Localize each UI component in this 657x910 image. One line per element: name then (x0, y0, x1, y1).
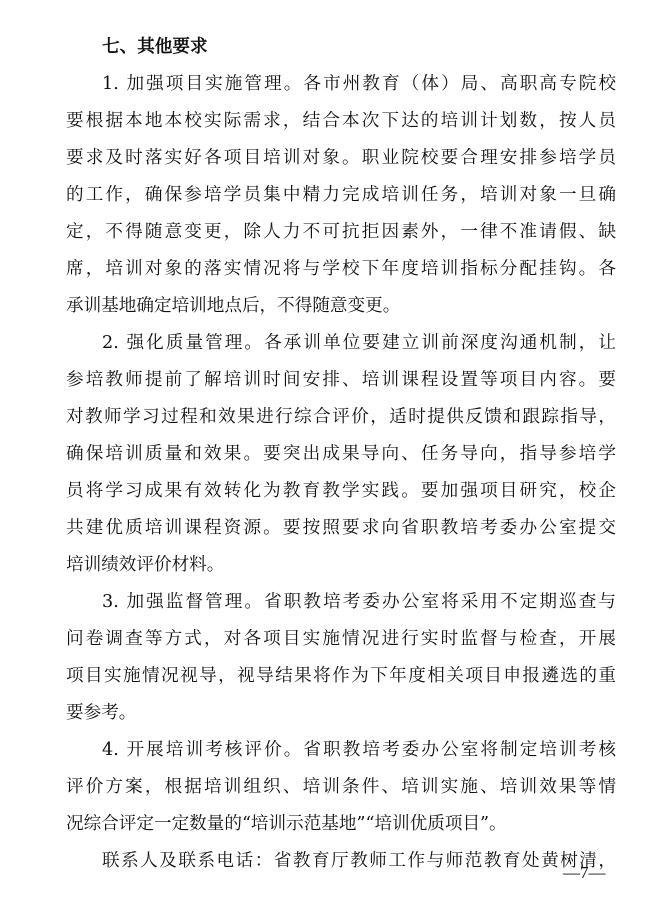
paragraph-line: 要根据本地本校实际需求，结合本次下达的培训计划数，按人员 (66, 103, 616, 140)
document-page-body: 七、其他要求 1. 加强项目实施管理。各市州教育（体）局、高职高专院校 要根据本… (66, 29, 616, 880)
paragraph-line: 联系人及联系电话：省教育厅教师工作与师范教育处黄树清， (66, 843, 616, 880)
paragraph-line: 培训绩效评价材料。 (66, 547, 616, 584)
paragraph-contact-info: 联系人及联系电话：省教育厅教师工作与师范教育处黄树清， (66, 843, 616, 880)
paragraph-line: 员将学习成果有效转化为教育教学实践。要加强项目研究，校企 (66, 473, 616, 510)
page-number: —7— (563, 860, 606, 886)
paragraph-line: 项目实施情况视导，视导结果将作为下年度相关项目申报遴选的重 (66, 658, 616, 695)
paragraph-line: 况综合评定一定数量的“培训示范基地”“培训优质项目”。 (66, 806, 616, 843)
paragraph-line: 共建优质培训课程资源。要按照要求向省职教培考委办公室提交 (66, 510, 616, 547)
paragraph-line: 1. 加强项目实施管理。各市州教育（体）局、高职高专院校 (66, 66, 616, 103)
paragraph-item-2-quality-management: 2. 强化质量管理。各承训单位要建立训前深度沟通机制，让 参培教师提前了解培训时… (66, 325, 616, 584)
paragraph-line: 3. 加强监督管理。省职教培考委办公室将采用不定期巡查与 (66, 584, 616, 621)
paragraph-line: 定，不得随意变更，除人力不可抗拒因素外，一律不准请假、缺 (66, 214, 616, 251)
paragraph-line: 对教师学习过程和效果进行综合评价，适时提供反馈和跟踪指导， (66, 399, 616, 436)
paragraph-line: 参培教师提前了解培训时间安排、培训课程设置等项目内容。要 (66, 362, 616, 399)
paragraph-line: 4. 开展培训考核评价。省职教培考委办公室将制定培训考核 (66, 732, 616, 769)
paragraph-line: 确保培训质量和效果。要突出成果导向、任务导向，指导参培学 (66, 436, 616, 473)
paragraph-line: 的工作，确保参培学员集中精力完成培训任务，培训对象一旦确 (66, 177, 616, 214)
paragraph-line: 问卷调查等方式，对各项目实施情况进行实时监督与检查，开展 (66, 621, 616, 658)
paragraph-line: 席，培训对象的落实情况将与学校下年度培训指标分配挂钩。各 (66, 251, 616, 288)
paragraph-item-4-assessment: 4. 开展培训考核评价。省职教培考委办公室将制定培训考核 评价方案，根据培训组织… (66, 732, 616, 843)
paragraph-line: 要求及时落实好各项目培训对象。职业院校要合理安排参培学员 (66, 140, 616, 177)
paragraph-item-3-supervision: 3. 加强监督管理。省职教培考委办公室将采用不定期巡查与 问卷调查等方式，对各项… (66, 584, 616, 732)
paragraph-line: 2. 强化质量管理。各承训单位要建立训前深度沟通机制，让 (66, 325, 616, 362)
paragraph-line: 评价方案，根据培训组织、培训条件、培训实施、培训效果等情 (66, 769, 616, 806)
section-heading: 七、其他要求 (66, 29, 616, 66)
paragraph-line: 承训基地确定培训地点后，不得随意变更。 (66, 288, 616, 325)
paragraph-item-1-project-management: 1. 加强项目实施管理。各市州教育（体）局、高职高专院校 要根据本地本校实际需求… (66, 66, 616, 325)
paragraph-line: 要参考。 (66, 695, 616, 732)
